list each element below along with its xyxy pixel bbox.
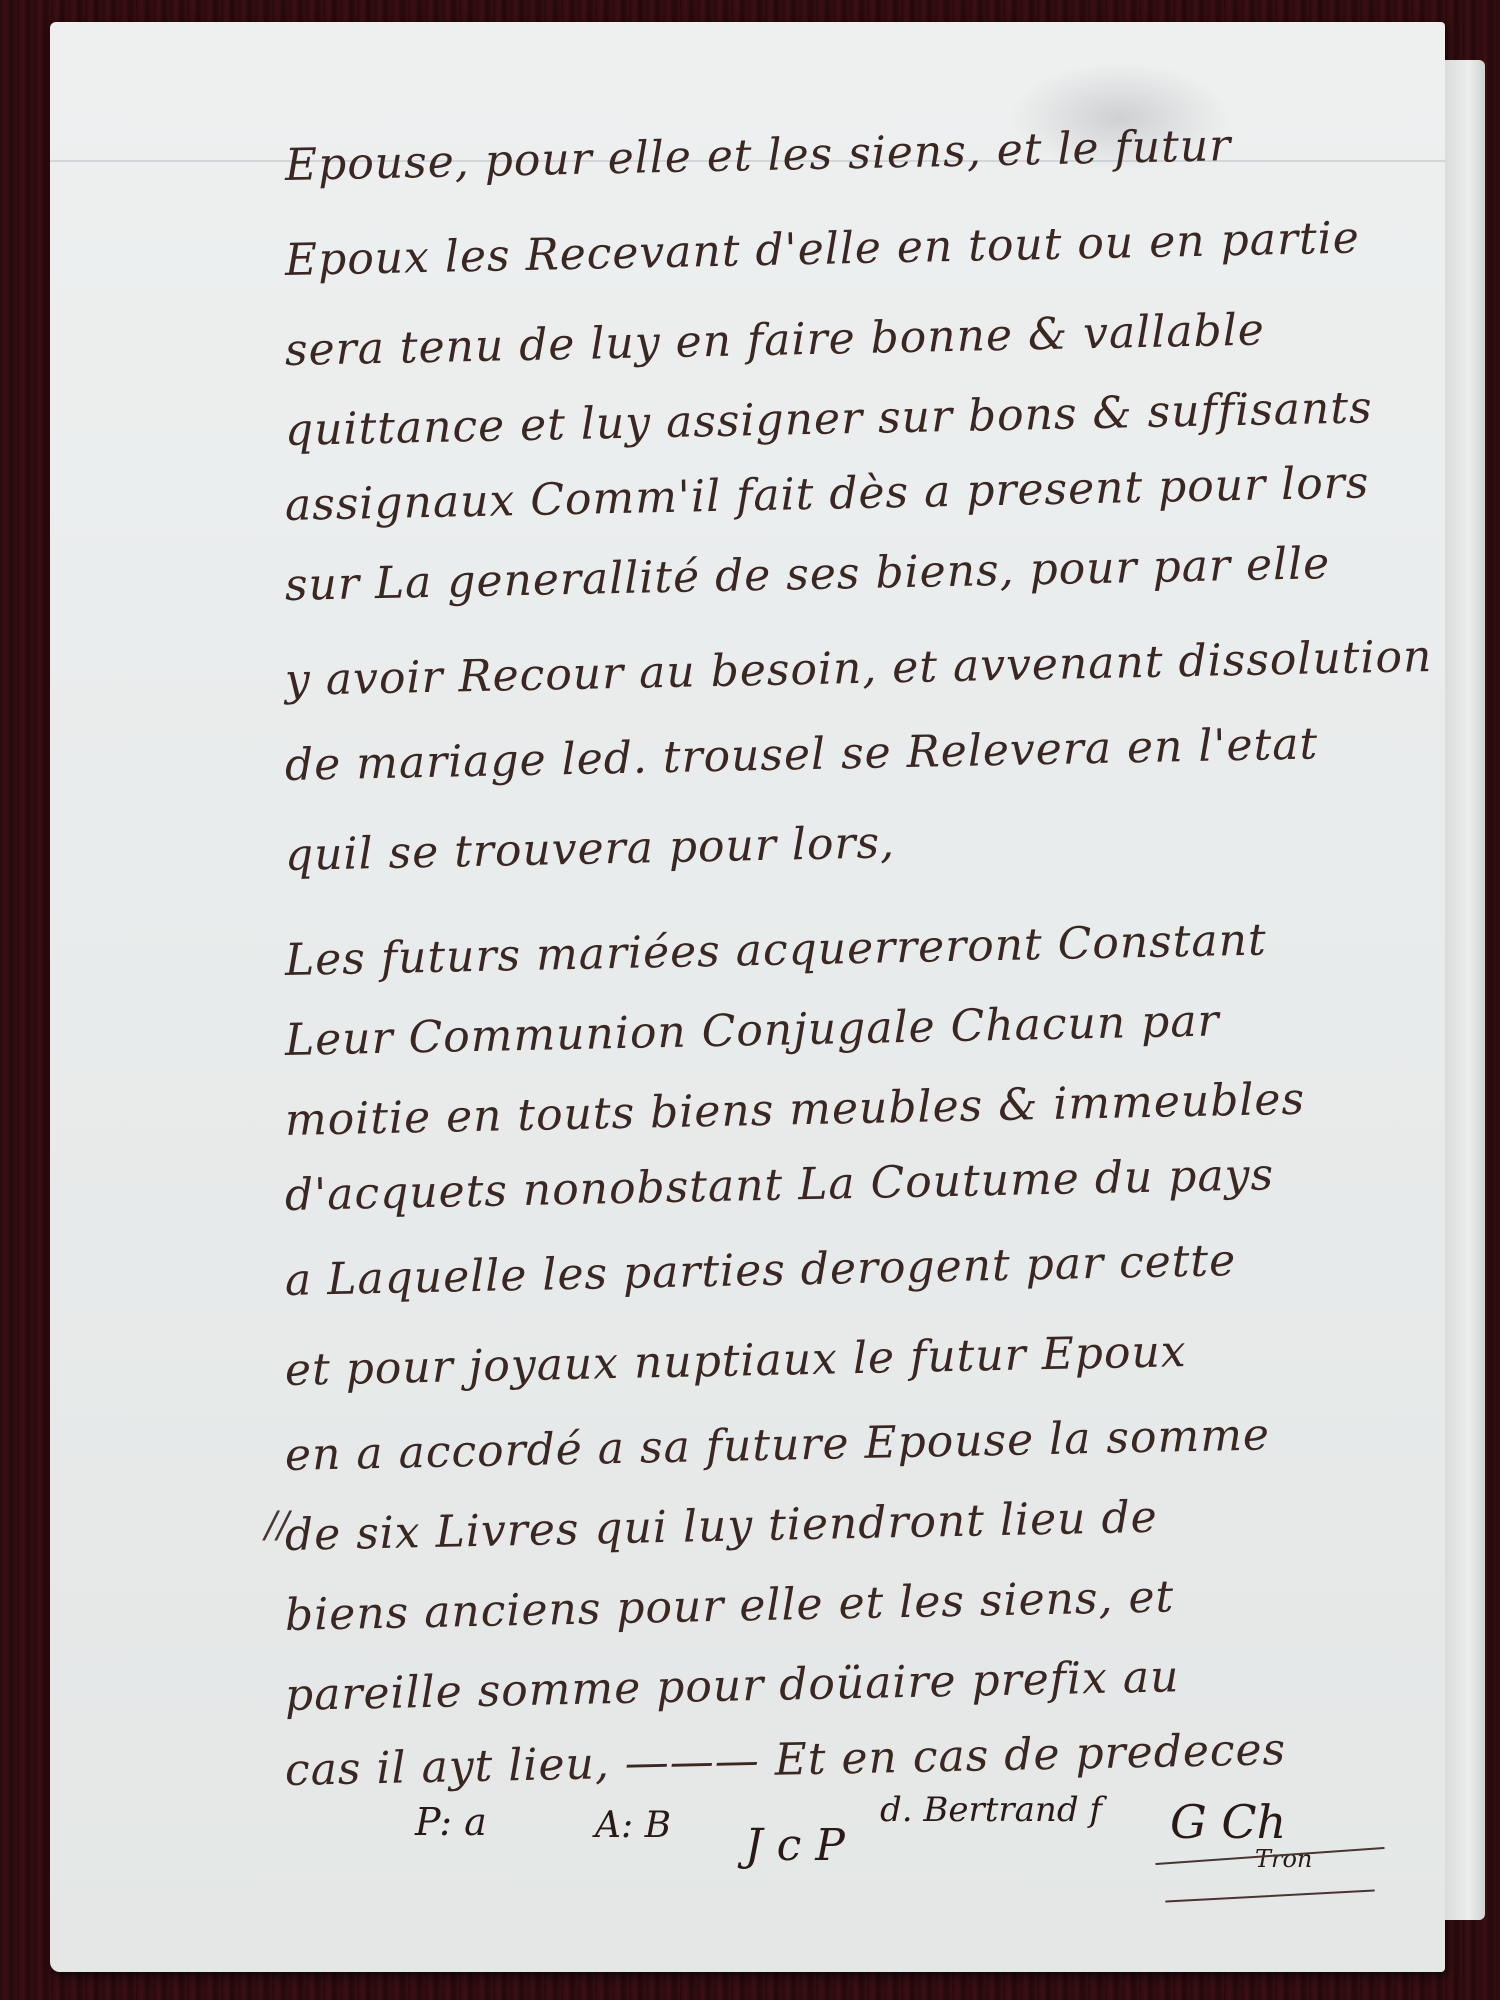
- signature-notary: G Ch: [1170, 1795, 1286, 1849]
- signature-initials-ab: A: B: [595, 1805, 671, 1846]
- signature-initials-jcp: J c P: [745, 1820, 845, 1871]
- margin-mark: //: [265, 1505, 289, 1546]
- signature-initials-pa: P: a: [415, 1800, 487, 1844]
- signature-bertrand: d. Bertrand f: [880, 1790, 1102, 1830]
- next-page-edge: [1445, 60, 1485, 1920]
- signature-notary-sub: Tron: [1255, 1845, 1312, 1873]
